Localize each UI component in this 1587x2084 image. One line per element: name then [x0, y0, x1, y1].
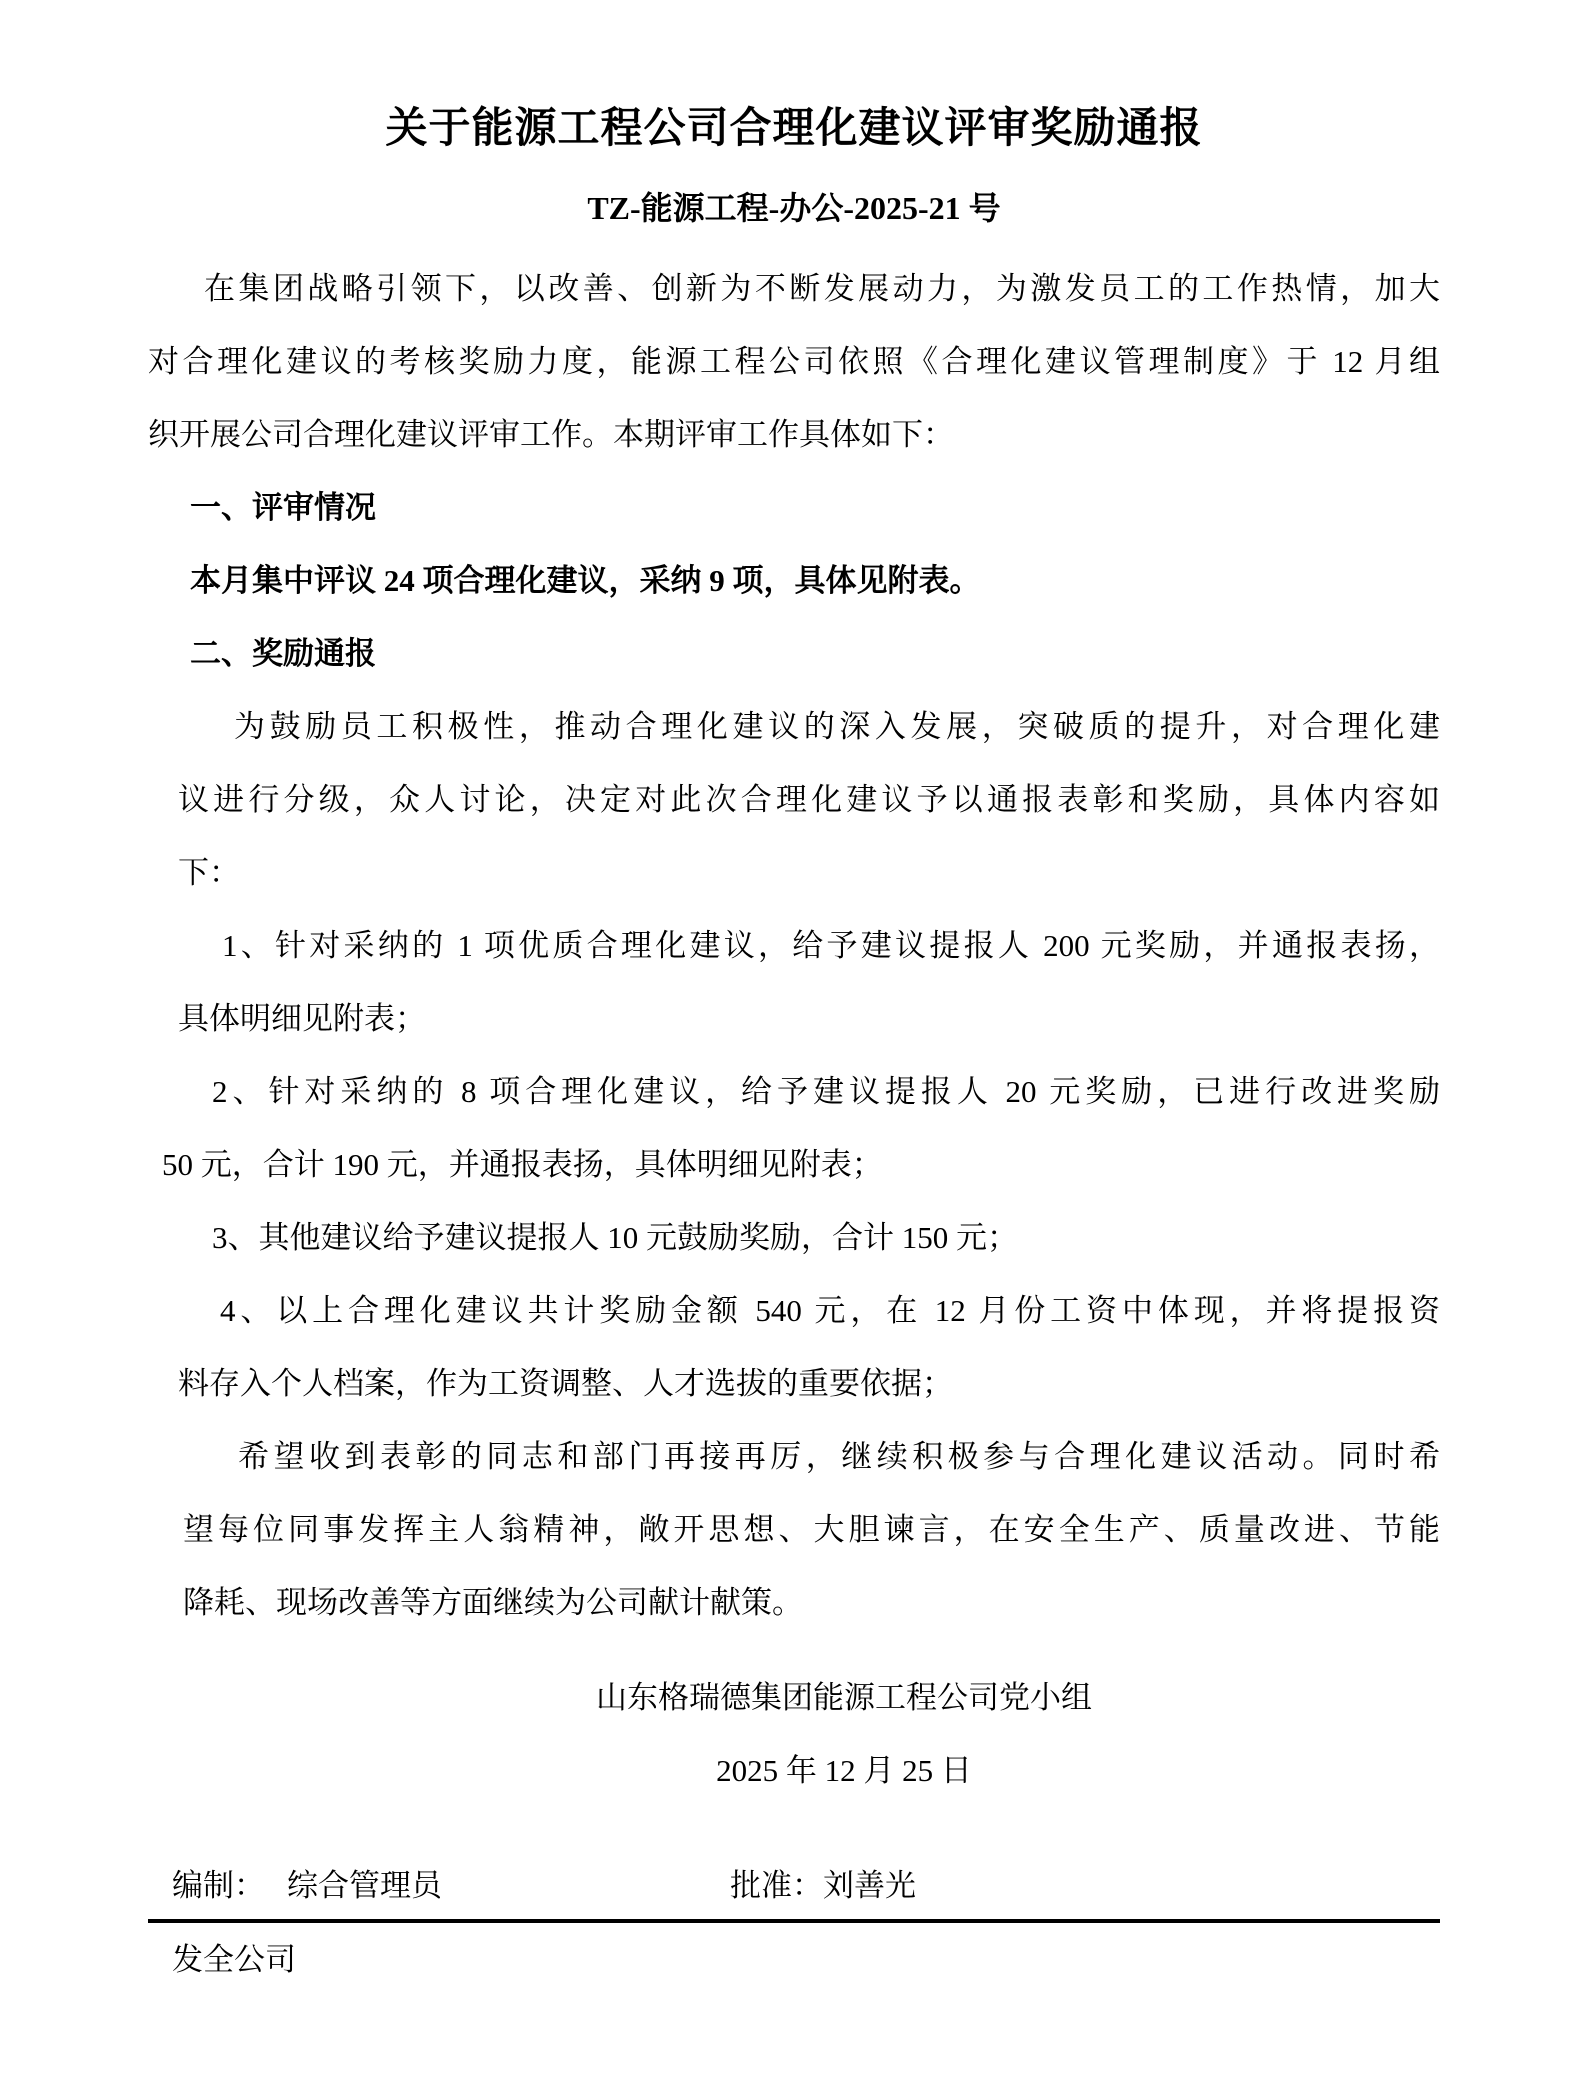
reward-item-1-line: 1、针对采纳的 1 项优质合理化建议，给予建议提报人 200 元奖励，并通报表扬… — [148, 909, 1440, 982]
reward-item-4-line: 4、以上合理化建议共计奖励金额 540 元，在 12 月份工资中体现，并将提报资 — [148, 1274, 1440, 1347]
paragraph-line: 议进行分级，众人讨论，决定对此次合理化建议予以通报表彰和奖励，具体内容如 — [148, 763, 1440, 836]
document-body: 在集团战略引领下，以改善、创新为不断发展动力，为激发员工的工作热情，加大 对合理… — [148, 252, 1440, 1639]
closing-paragraph-line: 希望收到表彰的同志和部门再接再厉，继续积极参与合理化建议活动。同时希 — [148, 1420, 1440, 1493]
document-number: TZ-能源工程-办公-2025-21 号 — [148, 186, 1440, 230]
document-page: 关于能源工程公司合理化建议评审奖励通报 TZ-能源工程-办公-2025-21 号… — [0, 0, 1587, 2084]
closing-paragraph-line: 降耗、现场改善等方面继续为公司献计献策。 — [148, 1566, 1440, 1639]
paragraph-line: 为鼓励员工积极性，推动合理化建议的深入发展，突破质的提升，对合理化建 — [148, 690, 1440, 763]
signature-block: 山东格瑞德集团能源工程公司党小组 2025 年 12 月 25 日 — [248, 1661, 1440, 1807]
approved-by-label: 批准： — [730, 1868, 823, 1903]
prepared-by-label: 编制： — [172, 1868, 265, 1903]
paragraph-line: 在集团战略引领下，以改善、创新为不断发展动力，为激发员工的工作热情，加大 — [148, 252, 1440, 325]
distribution-scope: 发全公司 — [148, 1939, 1440, 1981]
approved-by-field: 批准：刘善光 — [730, 1865, 916, 1907]
reward-item-4-line: 料存入个人档案，作为工资调整、人才选拔的重要依据； — [148, 1347, 1440, 1420]
signature-organization: 山东格瑞德集团能源工程公司党小组 — [248, 1661, 1440, 1734]
paragraph-line: 对合理化建议的考核奖励力度，能源工程公司依照《合理化建议管理制度》于 12 月组 — [148, 325, 1440, 398]
document-footer: 编制：综合管理员 批准：刘善光 发全公司 — [148, 1865, 1440, 1981]
closing-paragraph-line: 望每位同事发挥主人翁精神，敞开思想、大胆谏言，在安全生产、质量改进、节能 — [148, 1493, 1440, 1566]
heading-reward-section: 二、奖励通报 — [148, 617, 1440, 690]
prepared-by-field: 编制：综合管理员 — [148, 1865, 730, 1907]
footer-divider-line — [148, 1919, 1440, 1923]
paragraph-line: 下： — [148, 836, 1440, 909]
signature-date: 2025 年 12 月 25 日 — [248, 1734, 1440, 1807]
document-title: 关于能源工程公司合理化建议评审奖励通报 — [148, 100, 1440, 156]
prepared-by-value: 综合管理员 — [287, 1868, 442, 1903]
footer-approval-row: 编制：综合管理员 批准：刘善光 — [148, 1865, 1440, 1907]
reward-item-2-line: 50 元，合计 190 元，并通报表扬，具体明细见附表； — [148, 1128, 1440, 1201]
paragraph-line: 织开展公司合理化建议评审工作。本期评审工作具体如下： — [148, 398, 1440, 471]
reward-item-2-line: 2、针对采纳的 8 项合理化建议，给予建议提报人 20 元奖励，已进行改进奖励 — [148, 1055, 1440, 1128]
reward-item-1-line: 具体明细见附表； — [148, 982, 1440, 1055]
heading-review-section: 一、评审情况 — [148, 471, 1440, 544]
review-summary-line: 本月集中评议 24 项合理化建议，采纳 9 项，具体见附表。 — [148, 544, 1440, 617]
approved-by-value: 刘善光 — [823, 1868, 916, 1903]
reward-item-3-line: 3、其他建议给予建议提报人 10 元鼓励奖励，合计 150 元； — [148, 1201, 1440, 1274]
